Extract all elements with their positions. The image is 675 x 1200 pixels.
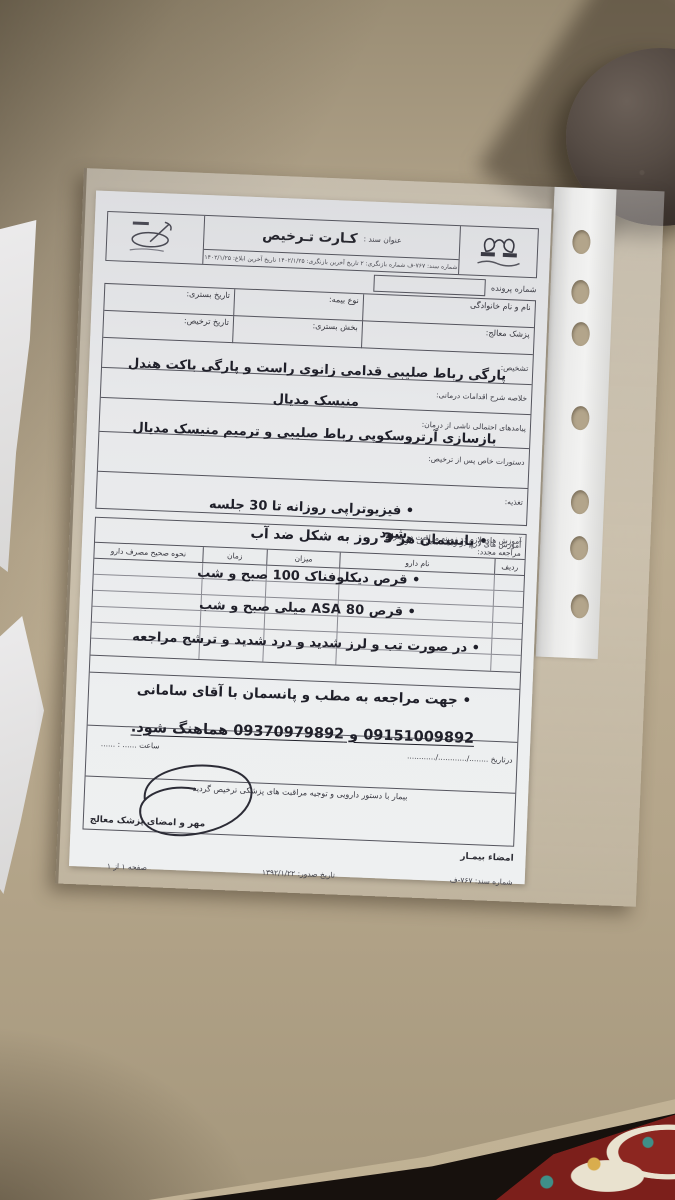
special-orders-label: دستورات خاص پس از ترخیص:: [428, 454, 525, 467]
plastic-punched-pocket: عنوان سند : کـارت تـرخیص شماره سند: ۷۶۷-…: [55, 168, 664, 907]
loose-paper-left-bottom: [0, 616, 44, 894]
meta-revision-no: شماره بازنگری: ۲: [360, 260, 405, 269]
col-time: زمان: [202, 547, 267, 565]
footer-page-no: صفحه ۱ از ۱: [107, 861, 147, 872]
col-row-no: ردیف: [494, 559, 525, 575]
discharge-form: عنوان سند : کـارت تـرخیص شماره سند: ۷۶۷-…: [81, 211, 539, 884]
binder-hole: [570, 594, 589, 619]
binder-hole: [571, 406, 590, 431]
discharge-card-paper: عنوان سند : کـارت تـرخیص شماره سند: ۷۶۷-…: [69, 191, 552, 885]
home-care-overlay-handwriting: شود: [380, 526, 408, 542]
meta-notify-date: تاریخ آخرین ابلاغ: ۱۴۰۲/۱/۲۵: [204, 253, 276, 263]
footer-doc-no: شماره سند: ۷۶۷-ف: [450, 875, 513, 887]
header-title-block: عنوان سند : کـارت تـرخیص شماره سند: ۷۶۷-…: [202, 216, 460, 274]
education-block: آموزش های لازم در زمینه مصرف دارو: • پان…: [82, 517, 526, 847]
accreditation-logo-icon: [106, 212, 204, 264]
file-number-label: شماره پرونده: [491, 283, 537, 294]
meta-revision-date: تاریخ آخرین بازنگری: ۱۴۰۲/۱/۲۵: [278, 256, 359, 266]
meta-doc-no: شماره سند: ۷۶۷-ف: [407, 262, 458, 271]
binder-hole: [572, 230, 591, 255]
col-dose: میزان: [266, 550, 340, 568]
revisit-date-blank: درتاریخ ......../............/..........…: [407, 751, 513, 764]
binder-hole: [571, 490, 590, 515]
hospital-emblem-icon: [458, 226, 538, 277]
revisit-time-blank: ساعت ...... : ......: [101, 739, 160, 750]
file-number-field: [373, 275, 486, 296]
loose-paper-left-top: [0, 220, 40, 572]
binder-hole: [571, 280, 590, 305]
doc-title-label: عنوان سند :: [363, 234, 401, 245]
footer-issue-date: تاریخ صدور: ۱۳۹۲/۱/۲۲: [262, 868, 335, 880]
drug-table-body: • قرص دیکلوفناک 100 صبح و شب • قرص ASA 8…: [90, 559, 524, 672]
patient-info-block: نام و نام خانوادگی نوع بیمه: تاریخ بستری…: [95, 283, 536, 526]
revisit-label: مراجعه مجدد:: [477, 547, 521, 558]
binder-hole: [571, 322, 590, 347]
nutrition-label: تغذیه:: [504, 497, 523, 507]
form-footer: شماره سند: ۷۶۷-ف تاریخ صدور: ۱۳۹۲/۱/۲۲ ص…: [81, 860, 513, 886]
binder-hole: [570, 536, 589, 561]
physician-stamp-label: مهر و امضای پزشک معالج: [90, 815, 206, 830]
doc-title: کـارت تـرخیص: [262, 227, 358, 247]
photo-scene: عنوان سند : کـارت تـرخیص شماره سند: ۷۶۷-…: [0, 0, 675, 1200]
